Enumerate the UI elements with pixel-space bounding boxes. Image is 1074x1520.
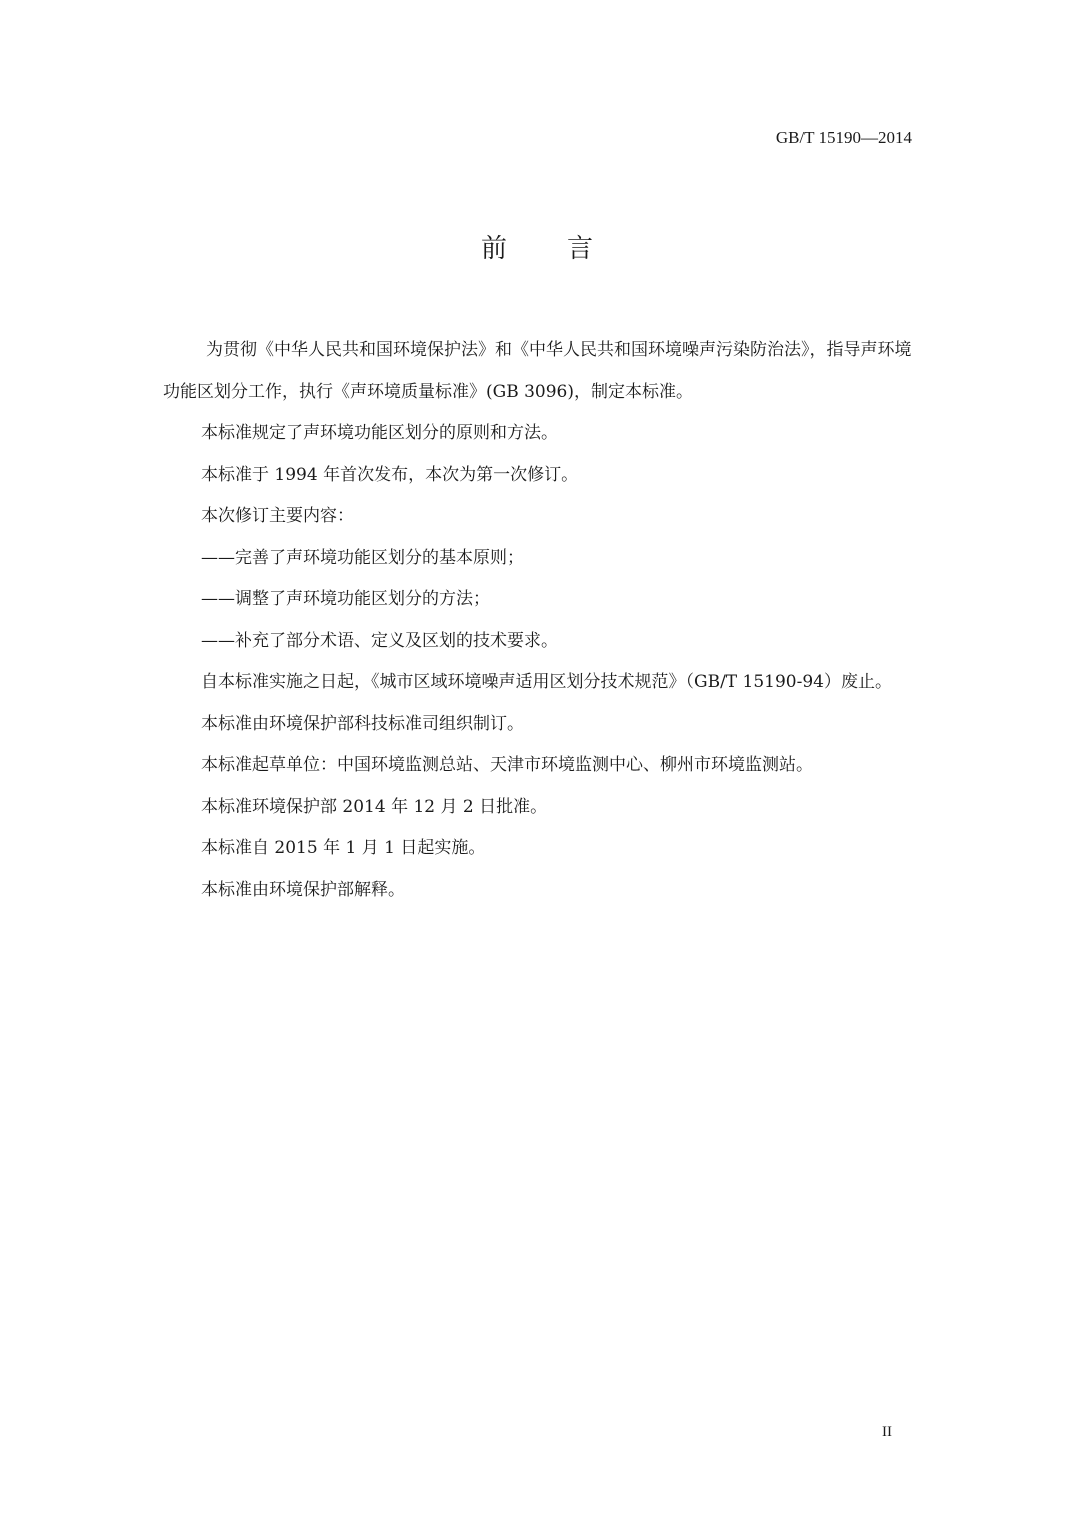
title-char-2: 言 xyxy=(567,228,593,265)
paragraph: 本标准自 2015 年 1 月 1 日起实施。 xyxy=(163,828,923,870)
standard-number: GB/T 15190—2014 xyxy=(776,128,912,148)
list-item: ——完善了声环境功能区划分的基本原则； xyxy=(163,538,923,580)
list-item: ——调整了声环境功能区划分的方法； xyxy=(163,579,923,621)
foreword-body: 为贯彻《中华人民共和国环境保护法》和《中华人民共和国环境噪声污染防治法》，指导声… xyxy=(163,330,923,911)
list-item: ——补充了部分术语、定义及区划的技术要求。 xyxy=(163,621,923,663)
paragraph: 本次修订主要内容： xyxy=(163,496,923,538)
title-char-1: 前 xyxy=(481,228,507,265)
paragraph: 本标准由环境保护部解释。 xyxy=(163,870,923,912)
page-title: 前言 xyxy=(0,228,1074,265)
paragraph: 为贯彻《中华人民共和国环境保护法》和《中华人民共和国环境噪声污染防治法》，指导声… xyxy=(163,330,923,413)
page-number: II xyxy=(882,1424,892,1441)
paragraph: 本标准由环境保护部科技标准司组织制订。 xyxy=(163,704,923,746)
paragraph: 本标准起草单位：中国环境监测总站、天津市环境监测中心、柳州市环境监测站。 xyxy=(163,745,923,787)
paragraph: 自本标准实施之日起，《城市区域环境噪声适用区划分技术规范》（GB/T 15190… xyxy=(163,662,923,704)
paragraph: 本标准于 1994 年首次发布，本次为第一次修订。 xyxy=(163,455,923,497)
paragraph: 本标准规定了声环境功能区划分的原则和方法。 xyxy=(163,413,923,455)
paragraph: 本标准环境保护部 2014 年 12 月 2 日批准。 xyxy=(163,787,923,829)
